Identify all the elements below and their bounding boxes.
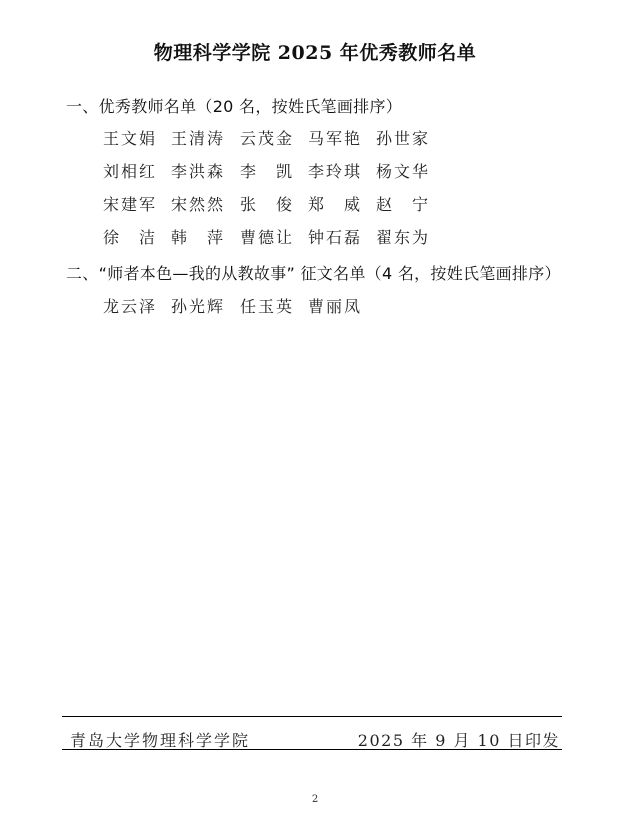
section-heading-1: 一、优秀教师名单（20 名，按姓氏笔画排序） [66, 94, 402, 117]
teacher-name: 孙世家 [376, 126, 428, 149]
teacher-name: 王文娟 [103, 126, 155, 149]
teacher-name: 张俊 [240, 192, 292, 215]
teacher-name: 李洪森 [171, 159, 223, 182]
section-heading-2: 二、“师者本色—我的从教故事” 征文名单（4 名，按姓氏笔画排序） [66, 261, 561, 284]
teacher-name: 杨文华 [376, 159, 428, 182]
teacher-name: 郑威 [308, 192, 360, 215]
footer-issuer: 青岛大学物理科学学院 [70, 728, 250, 751]
teacher-name: 李凯 [240, 159, 292, 182]
teacher-name: 马军艳 [308, 126, 360, 149]
footer-date: 2025 年 9 月 10 日印发 [358, 728, 560, 751]
teacher-name: 孙光辉 [171, 294, 223, 317]
teacher-name: 龙云泽 [103, 294, 155, 317]
teacher-name: 李玲琪 [308, 159, 360, 182]
teacher-name: 宋建军 [103, 192, 155, 215]
teacher-name: 曹德让 [240, 225, 292, 248]
page-number: 2 [0, 794, 630, 805]
teacher-name: 任玉英 [240, 294, 292, 317]
teacher-name: 宋然然 [171, 192, 223, 215]
footer-bottom-rule [62, 749, 562, 750]
teacher-name: 钟石磊 [308, 225, 360, 248]
teacher-name: 赵宁 [376, 192, 428, 215]
teacher-name: 曹丽凤 [308, 294, 360, 317]
footer-top-rule [62, 716, 562, 717]
teacher-name: 翟东为 [376, 225, 428, 248]
teacher-name: 刘相红 [103, 159, 155, 182]
teacher-name: 王清涛 [171, 126, 223, 149]
teacher-name: 云茂金 [240, 126, 292, 149]
teacher-name: 韩萍 [171, 225, 223, 248]
teacher-name: 徐洁 [103, 225, 155, 248]
document-title: 物理科学学院 2025 年优秀教师名单 [0, 38, 630, 65]
